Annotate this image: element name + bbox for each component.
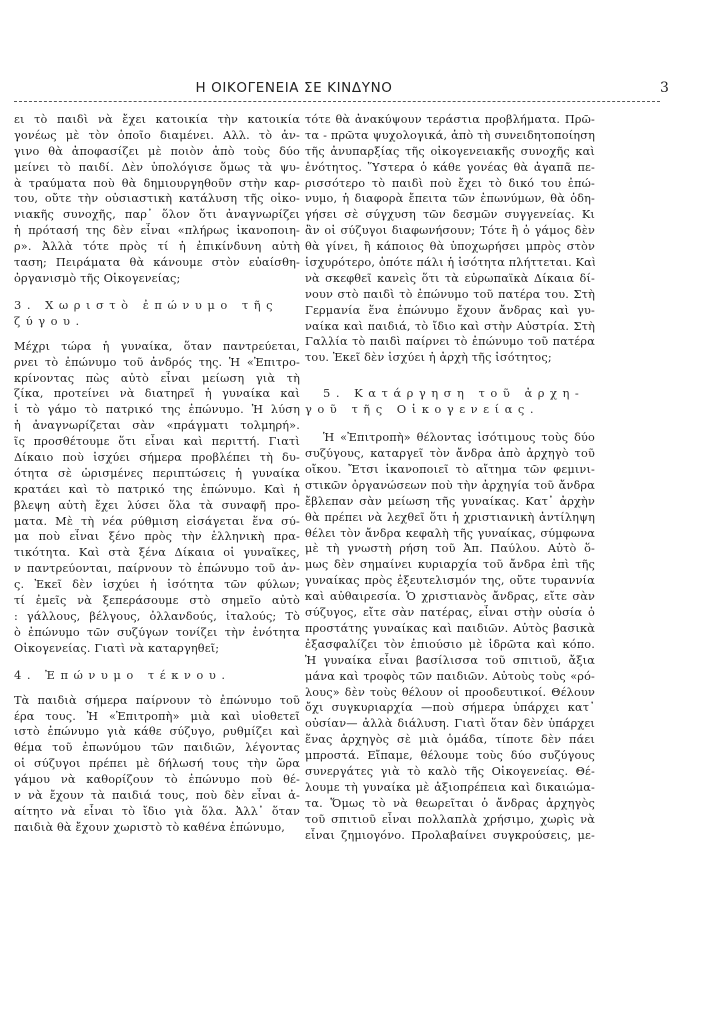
text-line: Γαλλία τὸ παιδὶ παίρνει τὸ ἐπώνυμο τοῦ π… <box>305 334 595 350</box>
heading-line: 5. Κατάργηση τοῦ ἀρχη- <box>323 386 595 402</box>
section-heading-3: 3. Χωριστὸ ἐπώνυμο τῆς ζύγου. <box>14 298 300 330</box>
text-line: οὐσίαν— ἀλλὰ διάλυση. Γιατὶ ὅταν δὲν ὑπά… <box>305 716 595 732</box>
text-line: ει τὸ παιδὶ νὰ ἔχει κατοικία τὴν κατοικί… <box>14 112 300 128</box>
text-line: ναίκα καὶ παιδιά, τὸ ἴδιο καὶ στὴν Αὐστρ… <box>305 319 595 335</box>
text-line: Μέχρι τώρα ἡ γυναίκα, ὅταν παντρεύεται, <box>14 339 300 355</box>
text-line: γονέως μὲ τὸν ὁποῖο διαμένει. Αλλ. τὸ ἀν… <box>14 128 300 144</box>
text-line: ιστὸ ἐπώνυμο γιὰ κάθε σύζυγο, ρυθμίζει κ… <box>14 724 300 740</box>
paragraph: Μέχρι τώρα ἡ γυναίκα, ὅταν παντρεύεται, … <box>14 339 300 657</box>
text-line: γάμου νὰ καθορίζουν τὸ ἐπώνυμο ποὺ θέ- <box>14 772 300 788</box>
text-line: ἑνότητος. Ὕστερα ὁ κάθε γονέας θὰ ἀγαπᾶ … <box>305 160 595 176</box>
text-line: μως δὲν σημαίνει κυριαρχία τοῦ ἄνδρα ἐπὶ… <box>305 557 595 573</box>
text-line: προστάτης γυναίκας καὶ παιδιῶν. Αὐτὸς βα… <box>305 621 595 637</box>
text-line: τί ἐμεῖς νὰ ξεπεράσουμε στὸ σημεῖο αὐτὸ <box>14 593 300 609</box>
text-line: ὀργανισμὸ τῆς Οἰκογενείας; <box>14 271 300 287</box>
heading-line: ζύγου. <box>14 314 300 330</box>
text-line: θὰ πρέπει νὰ λεχθεῖ ὅτι ἡ χριστιανικὴ ἀν… <box>305 510 595 526</box>
text-line: ρνει τὸ ἐπώνυμο τοῦ ἀνδρός της. Ἡ «Ἐπιτρ… <box>14 355 300 371</box>
text-line: μα ποὺ εἶναι ξένο πρὸς τὴν ἑλληνικὴ πρα- <box>14 529 300 545</box>
heading-line: 4. Ἐπώνυμο τέκνου. <box>14 668 300 684</box>
text-line: θέλει τὸν ἄνδρα κεφαλὴ τῆς γυναίκας, σύμ… <box>305 526 595 542</box>
running-title: Η ΟΙΚΟΓΕΝΕΙΑ ΣΕ ΚΙΝΔΥΝΟ <box>134 80 454 96</box>
text-line: ὄχι συγκυριαρχία —ποὺ σήμερα ὑπάρχει κατ… <box>305 700 595 716</box>
text-line: τοῦ σπιτιοῦ εἶναι πολλαπλὰ χρήσιμο, χωρὶ… <box>305 812 595 828</box>
text-line: μὲ τὴ γνωστὴ ρήση τοῦ Ἀπ. Παύλου. Αὐτὸ ὅ… <box>305 541 595 557</box>
text-line: Ἡ γυναίκα εἶναι βασίλισσα τοῦ σπιτιοῦ, ἄ… <box>305 653 595 669</box>
text-line: μάνα καὶ τροφὸς τῶν παιδιῶν. Αὐτοὺς τοὺς… <box>305 669 595 685</box>
text-line: στικῶν ὀργανώσεων ποὺ τὴν ἀρχηγία τοῦ ἄν… <box>305 478 595 494</box>
text-line: μείνει τὸ παιδί. Δὲν ὑπολόγισε ὅμως τὰ ψ… <box>14 160 300 176</box>
text-line: ἔβλεπαν σὰν μείωση τῆς γυναίκας. Κατ᾿ ἀρ… <box>305 494 595 510</box>
text-line: συνεργάτες γιὰ τὸ καλὸ τῆς Οἰκογενείας. … <box>305 764 595 780</box>
section-heading-5: 5. Κατάργηση τοῦ ἀρχη- γοῦ τῆς Οἰκογενεί… <box>305 386 595 418</box>
text-line: ὰ τραύματα ποὺ θὰ δημιουργηθοῦν στὴν καρ… <box>14 176 300 192</box>
text-line: ἡ ἀναγνωρίζεται σὰν «πράγματι τολμηρή». <box>14 418 300 434</box>
paragraph: Τὰ παιδιὰ σήμερα παίρνουν τὸ ἐπώνυμο τοῦ… <box>14 693 300 836</box>
text-line: Ἡ «Ἐπιτροπὴ» θέλοντας ἰσότιμους τοὺς δύο <box>305 430 595 446</box>
text-line: νιακῆς συνοχῆς, παρ᾿ ὅλον ὅτι ἀναγνωρίζε… <box>14 207 300 223</box>
page-number: 3 <box>660 80 680 96</box>
header-rule <box>14 101 660 102</box>
text-line: λουμε τὴ γυναίκα μὲ ἀξιοπρέπεια καὶ δικα… <box>305 780 595 796</box>
text-line: ἕνας ἀρχηγὸς σὲ μιὰ ὁμάδα, τίποτε δὲν πά… <box>305 732 595 748</box>
text-line: ἂν οἱ σύζυγοι διαφωνήσουν; Τότε ἢ ὁ γάμο… <box>305 223 595 239</box>
text-line: τικότητα. Καὶ στὰ ξένα Δίκαια οἱ γυναῖκε… <box>14 545 300 561</box>
text-line: αίτητο νὰ εἶναι τὸ ἴδιο γιὰ ὅλα. Ἀλλ᾿ ὅτ… <box>14 804 300 820</box>
text-line: του. Ἐκεῖ δὲν ἰσχύει ἡ ἀρχὴ τῆς ἰσότητος… <box>305 350 595 366</box>
text-line: του, οὔτε τὴν οὐσιαστικὴ κατάλυση τῆς οἰ… <box>14 191 300 207</box>
text-line: γήσει σὲ σύγχυση τῶν δεσμῶν συγγενείας. … <box>305 207 595 223</box>
text-line: θὰ γίνει, ἢ κάποιος θὰ ὑποχωρήσει μπρὸς … <box>305 239 595 255</box>
paragraph: τότε θὰ ἀνακύψουν τεράστια προβλήματα. Π… <box>305 112 595 366</box>
text-line: καὶ αὐθαιρεσία. Ὁ χριστιανὸς ἄνδρας, εἴτ… <box>305 589 595 605</box>
text-line: ν παντρεύονται, παίρνουν τὸ ἐπώνυμο τοῦ … <box>14 561 300 577</box>
text-line: Τὰ παιδιὰ σήμερα παίρνουν τὸ ἐπώνυμο τοῦ <box>14 693 300 709</box>
text-line: τότε θὰ ἀνακύψουν τεράστια προβλήματα. Π… <box>305 112 595 128</box>
text-line: θέμα τοῦ ἐπωνύμου τῶν παιδιῶν, λέγοντας <box>14 740 300 756</box>
paragraph: ει τὸ παιδὶ νὰ ἔχει κατοικία τὴν κατοικί… <box>14 112 300 287</box>
text-line: γινο θὰ ἀποφασίζει μὲ ποιὸν ἀπὸ τοὺς δύο <box>14 144 300 160</box>
text-line: τα. Ὅμως τὸ νὰ θεωρεῖται ὁ ἄνδρας ἀρχηγὸ… <box>305 796 595 812</box>
heading-line: 3. Χωριστὸ ἐπώνυμο τῆς <box>14 298 300 314</box>
text-line: ἡ πρότασή της δὲν εἶναι «πλήρως ἱκανοποι… <box>14 223 300 239</box>
text-line: τα - πρῶτα ψυχολογικά, ἀπὸ τὴ συνειδητοπ… <box>305 128 595 144</box>
heading-line: γοῦ τῆς Οἰκογενείας. <box>305 402 595 418</box>
text-line: κρίνοντας πὼς αὐτὸ εἶναι μείωση γιὰ τὴ <box>14 371 300 387</box>
paragraph: Ἡ «Ἐπιτροπὴ» θέλοντας ἰσότιμους τοὺς δύο… <box>305 430 595 843</box>
text-line: έρα τους. Ἡ «Ἐπιτροπὴ» μιὰ καὶ υἱοθετεῖ <box>14 709 300 725</box>
text-line: ματα. Μὲ τὴ νέα ρύθμιση εἰσάγεται ἕνα σύ… <box>14 514 300 530</box>
text-line: λους» δὲν τοὺς θέλουν οἱ προοδευτικοί. Θ… <box>305 685 595 701</box>
text-line: νὰ σκεφθεῖ κανεὶς ὅτι τὰ εὐρωπαϊκὰ Δίκαι… <box>305 271 595 287</box>
section-heading-4: 4. Ἐπώνυμο τέκνου. <box>14 668 300 684</box>
text-line: ρισσότερο τὸ παιδὶ ποὺ ἔχει τὸ δικό του … <box>305 176 595 192</box>
text-line: ἰσχυρότερο, ὁπότε πάλι ἡ ἰσότητα πλήττετ… <box>305 255 595 271</box>
text-line: κρατάει καὶ τὸ πατρικό της ἐπώνυμο. Καὶ … <box>14 482 300 498</box>
text-line: οἴκου. Ἔτσι ἱκανοποιεῖ τὸ αἴτημα τῶν φεμ… <box>305 462 595 478</box>
text-line: νυμο, ἡ διαφορὰ ἔπειτα τῶν ἐπωνύμων, θὰ … <box>305 191 595 207</box>
text-line: ἱ τὸ γάμο τὸ πατρικό της ἐπώνυμο. Ἡ λύση <box>14 402 300 418</box>
text-line: Οἰκογενείας. Γιατὶ νὰ καταργηθεῖ; <box>14 641 300 657</box>
text-line: ὸ ἐπώνυμο τῶν συζύγων τονίζει τὴν ἑνότητ… <box>14 625 300 641</box>
text-line: ν νὰ ἔχουν τὰ παιδιά τους, ποὺ δὲν εἶναι… <box>14 788 300 804</box>
text-line: συζύγους, καταργεῖ τὸν ἄνδρα ἀπὸ ἀρχηγὸ … <box>305 446 595 462</box>
text-line: παιδιὰ θὰ ἔχουν χωριστὸ τὸ καθένα ἐπώνυμ… <box>14 820 300 836</box>
text-line: σύζυγος, εἴτε σὰν πατέρας, εἶναι στὴν οὐ… <box>305 605 595 621</box>
right-column: τότε θὰ ἀνακύψουν τεράστια προβλήματα. Π… <box>305 112 595 843</box>
left-column: ει τὸ παιδὶ νὰ ἔχει κατοικία τὴν κατοικί… <box>14 112 300 836</box>
text-line: ς. Ἐκεῖ δὲν ἰσχύει ἡ ἰσότητα τῶν φύλων; <box>14 577 300 593</box>
text-line: ρ». Ἀλλὰ τότε πρὸς τί ἡ ἐπικίνδυνη αὐτὴ <box>14 239 300 255</box>
text-line: τῆς ἀνυπαρξίας τῆς οἰκογενειακῆς συνοχῆς… <box>305 144 595 160</box>
text-line: γυναίκας πρὸς ἐξευτελισμόν της, οὔτε τυρ… <box>305 573 595 589</box>
text-line: Δίκαιο ποὺ ἰσχύει σήμερα προβλέπει τὴ δυ… <box>14 450 300 466</box>
text-line: ζίκα, προτείνει νὰ διατηρεῖ ἡ γυναίκα κα… <box>14 386 300 402</box>
text-line: βλεψη αὐτὴ ἔχει λύσει ὅλα τὰ συναφῆ προ- <box>14 498 300 514</box>
text-line: οἱ σύζυγοι πρέπει μὲ δήλωσή τους τὴν ὥρα <box>14 756 300 772</box>
text-line: Γερμανία ἕνα ἐπώνυμο ἔχουν ἄνδρας καὶ γυ… <box>305 303 595 319</box>
text-line: ταση; Πειράματα θὰ κάνουμε στὸν εὐαίσθη- <box>14 255 300 271</box>
text-line: : γάλλους, βέλγους, ὀλλανδούς, ἰταλούς; … <box>14 609 300 625</box>
text-line: ἐξασφαλίζει τὸν ἐπιούσιο μὲ ἱδρῶτα καὶ κ… <box>305 637 595 653</box>
text-line: ότητα σὲ ὡρισμένες περιπτώσεις ἡ γυναίκα <box>14 466 300 482</box>
text-line: μπροστά. Εἴπαμε, θέλουμε τοὺς δύο συζύγο… <box>305 748 595 764</box>
text-line: νουν στὸ παιδὶ τὸ ἐπώνυμο τοῦ πατέρα του… <box>305 287 595 303</box>
text-line: εἶναι ζημιογόνο. Προλαβαίνει συγκρούσεις… <box>305 828 595 844</box>
text-line: ῖς προσθέτουμε ὅτι εἶναι καὶ περιττή. Γι… <box>14 434 300 450</box>
